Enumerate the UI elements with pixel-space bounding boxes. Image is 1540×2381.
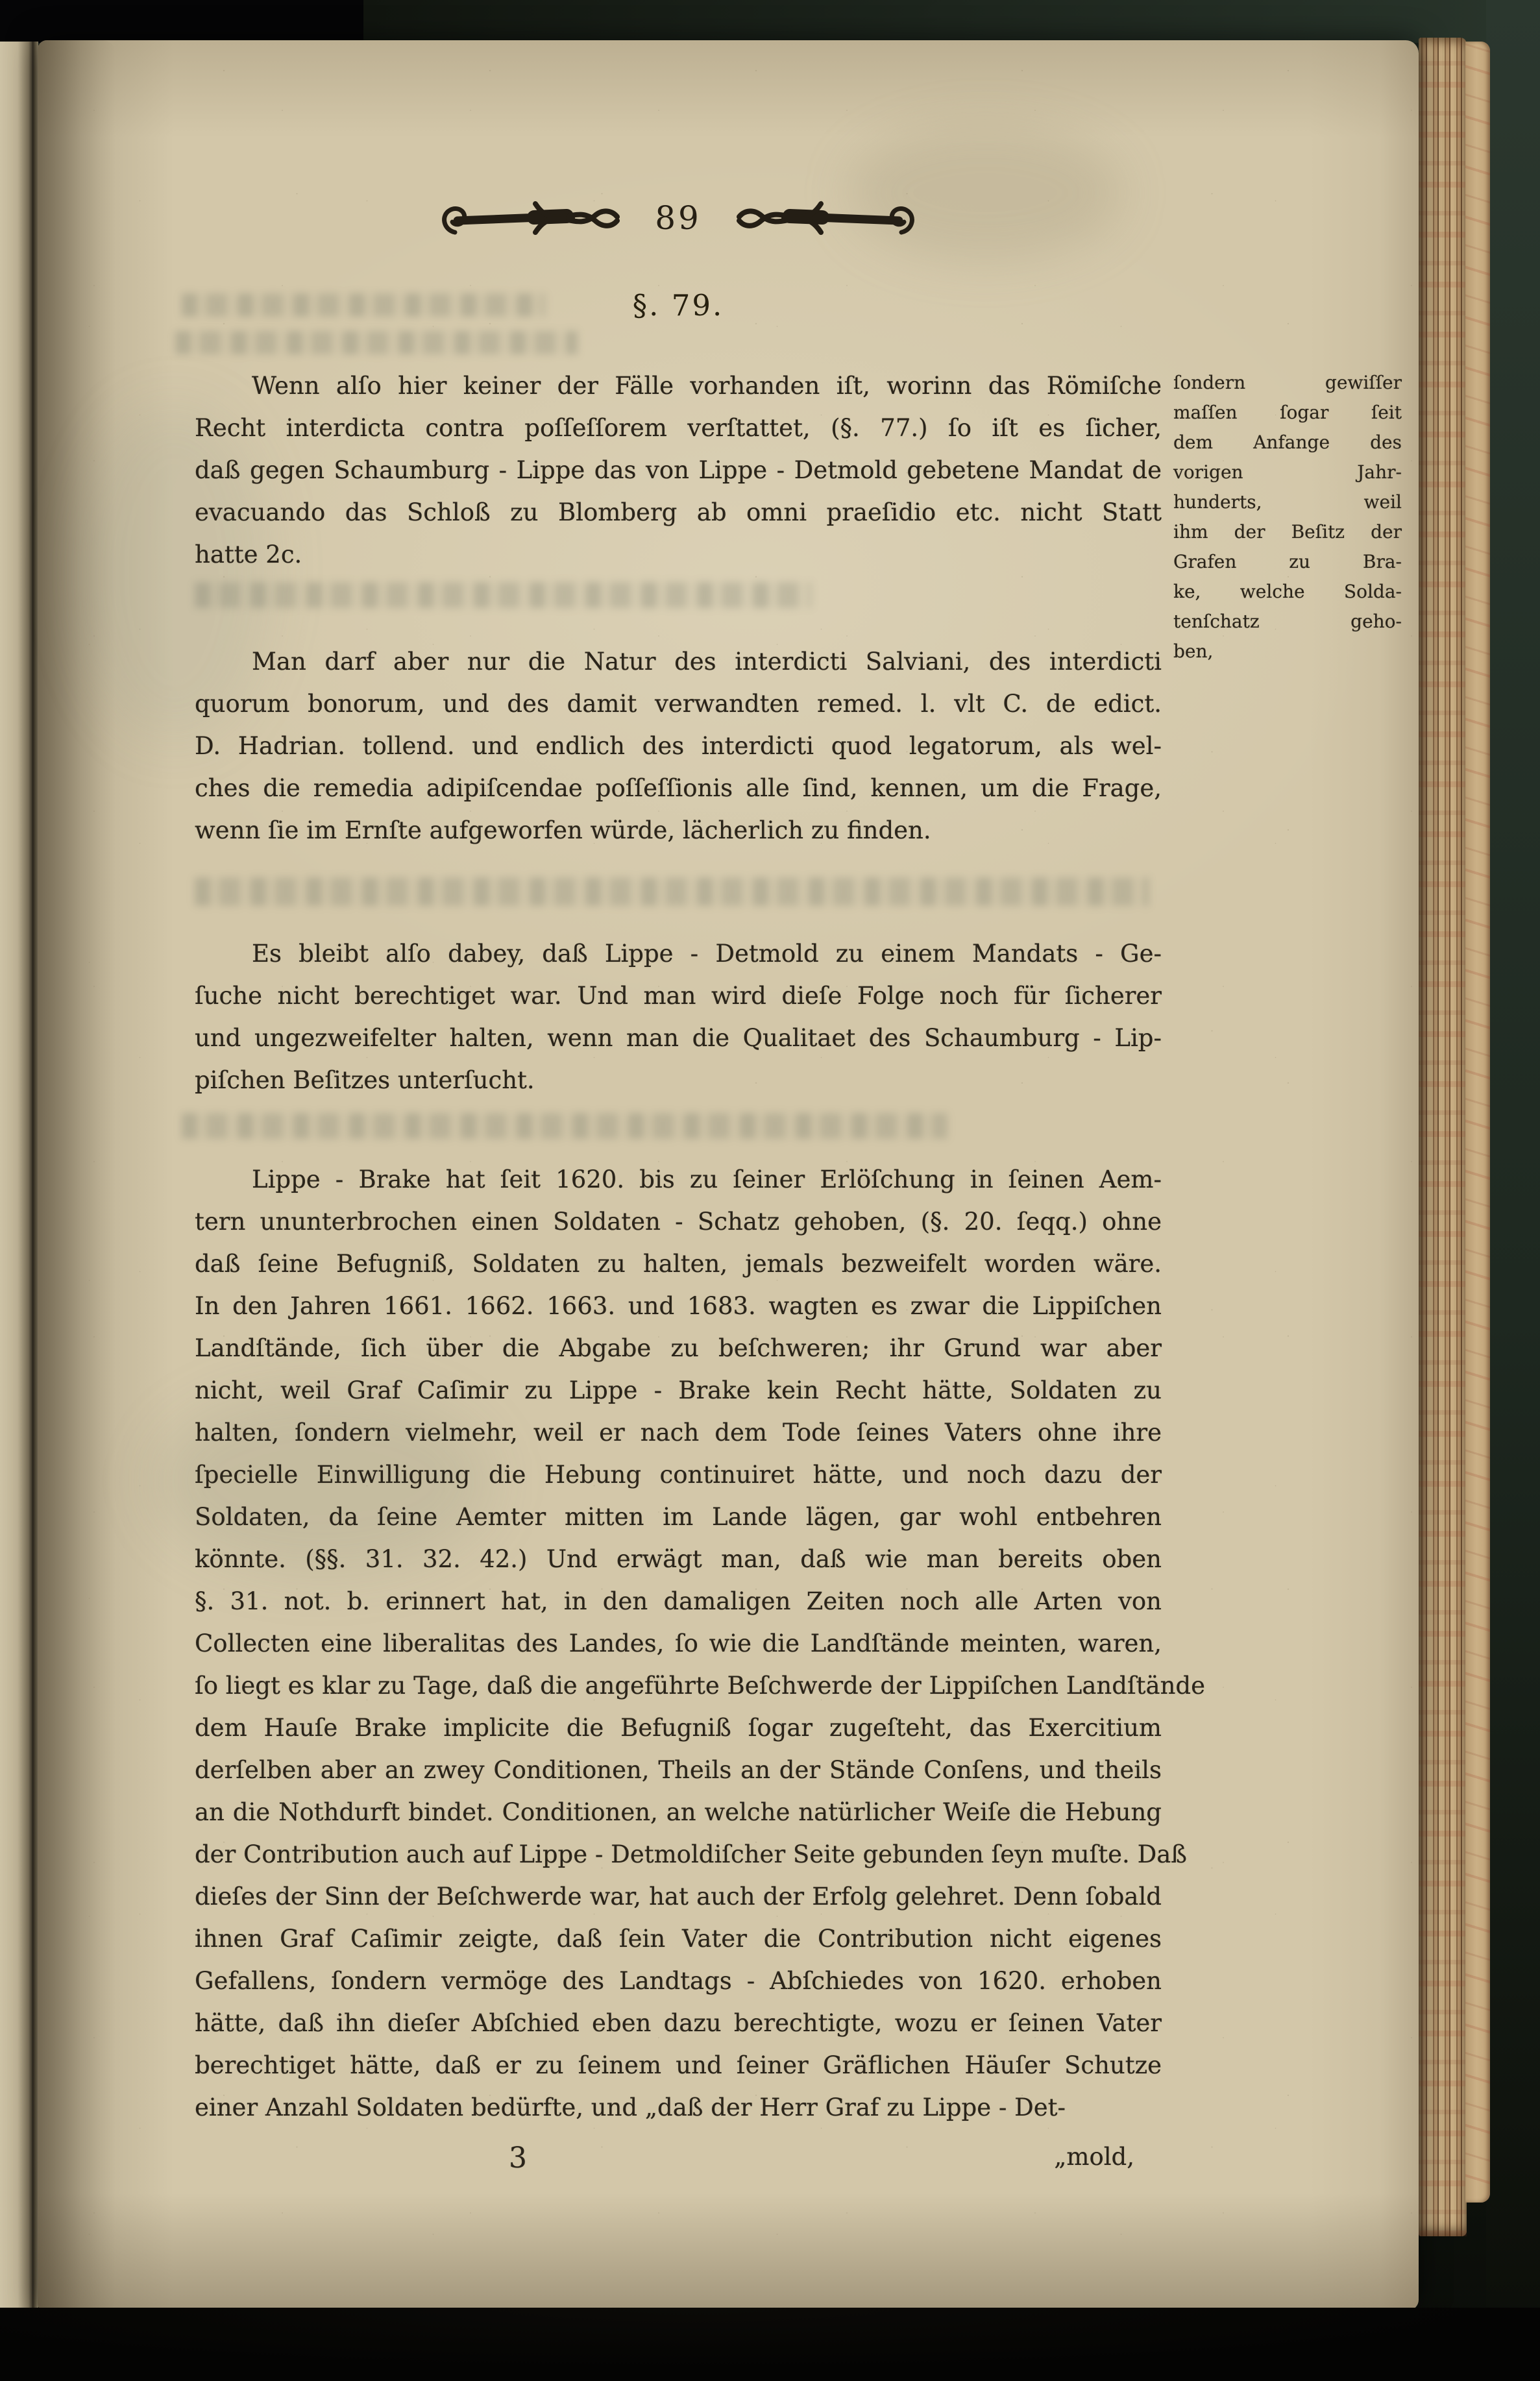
facing-page-sliver (0, 42, 32, 2308)
text-line: evacuando das Schloß zu Blomberg ab omni… (195, 491, 1162, 533)
margin-note-line: tenſchatz geho- (1173, 607, 1402, 637)
backdrop-right (1486, 0, 1540, 2381)
page-header: 89 (195, 193, 1162, 248)
text-line: tern ununterbrochen einen Soldaten - Sch… (195, 1201, 1162, 1243)
book-fore-edge-pages (1419, 38, 1467, 2236)
text-line: Gefallens, ſondern vermöge des Landtags … (195, 1960, 1162, 2002)
text-line: ſpecielle Einwilligung die Hebung contin… (195, 1454, 1162, 1496)
text-line: dem Hauſe Brake implicite die Befugniß ſ… (195, 1707, 1162, 1749)
ink-show-through (175, 331, 578, 354)
marginal-note: ſondern gewiſſermaſſen ſogar ſeitdem Anf… (1173, 368, 1402, 666)
backdrop-bottom (0, 2308, 1540, 2381)
margin-note-line: Grafen zu Bra- (1173, 547, 1402, 577)
text-line: wenn ſie im Ernſte aufgeworfen würde, lä… (195, 809, 1162, 851)
text-line: Man darf aber nur die Natur des interdic… (195, 641, 1162, 683)
scanned-book-photo: 89 §. 79. Wenn alſo hier keiner der Fäll… (0, 0, 1540, 2381)
text-line: halten, ſondern vielmehr, weil er nach d… (195, 1411, 1162, 1454)
text-line: D. Hadrian. tollend. und endlich des int… (195, 725, 1162, 767)
text-line: ches die remedia adipiſcendae poſſeſſion… (195, 767, 1162, 809)
paragraph-4: Lippe - Brake hat ſeit 1620. bis zu ſein… (195, 1158, 1162, 2129)
text-line: an die Nothdurft bindet. Conditionen, an… (195, 1791, 1162, 1833)
text-line: dieſes der Sinn der Beſchwerde war, hat … (195, 1875, 1162, 1918)
ink-show-through (182, 1113, 947, 1139)
text-line: ſo liegt es klar zu Tage, daß die angefü… (195, 1665, 1162, 1707)
text-line: hätte, daß ihn dieſer Abſchied eben dazu… (195, 2002, 1162, 2044)
text-line: hatte 2c. (195, 533, 1162, 576)
book-fore-edge-outer-sheet (1465, 42, 1490, 2203)
text-line: der Contribution auch auf Lippe - Detmol… (195, 1833, 1162, 1875)
ink-show-through (195, 877, 1149, 906)
catchword: „mold, (966, 2143, 1134, 2171)
text-line: Landſtände, ſich über die Abgabe zu beſc… (195, 1327, 1162, 1369)
backdrop-top-right (363, 0, 1540, 43)
text-line: einer Anzahl Soldaten bedürfte, und „daß… (195, 2086, 1162, 2129)
text-line: Lippe - Brake hat ſeit 1620. bis zu ſein… (195, 1158, 1162, 1201)
margin-note-line: maſſen ſogar ſeit (1173, 398, 1402, 428)
paragraph-3: Es bleibt alſo dabey, daß Lippe - Detmol… (195, 933, 1162, 1101)
text-line: Wenn alſo hier keiner der Fälle vorhande… (195, 365, 1162, 407)
ink-show-through (195, 582, 811, 608)
text-line: ihnen Graf Caſimir zeigte, daß ſein Vate… (195, 1918, 1162, 1960)
margin-note-line: ben, (1173, 637, 1402, 666)
text-line: quorum bonorum, und des damit verwandten… (195, 683, 1162, 725)
signature-mark: 3 (466, 2142, 570, 2175)
backdrop-top-left (0, 0, 363, 43)
paragraph-2: Man darf aber nur die Natur des interdic… (195, 641, 1162, 851)
section-heading: §. 79. (195, 288, 1162, 323)
text-line: Recht interdicta contra poſſeſſorem verſ… (195, 407, 1162, 449)
text-line: und ungezweifelter halten, wenn man die … (195, 1017, 1162, 1059)
text-line: piſchen Beſitzes unterſucht. (195, 1059, 1162, 1101)
text-line: nicht, weil Graf Caſimir zu Lippe - Brak… (195, 1369, 1162, 1411)
text-line: daß ſeine Befugniß, Soldaten zu halten, … (195, 1243, 1162, 1285)
gutter-shadow (38, 40, 116, 2310)
margin-note-line: hunderts, weil (1173, 487, 1402, 517)
text-line: berechtiget hätte, daß er zu ſeinem und … (195, 2044, 1162, 2086)
book-page: 89 §. 79. Wenn alſo hier keiner der Fäll… (38, 40, 1419, 2310)
printers-flourish-icon (438, 200, 633, 241)
text-line: Es bleibt alſo dabey, daß Lippe - Detmol… (195, 933, 1162, 975)
text-line: könnte. (§§. 31. 32. 42.) Und erwägt man… (195, 1538, 1162, 1580)
text-line: ſuche nicht berechtiget war. Und man wir… (195, 975, 1162, 1017)
text-line: In den Jahren 1661. 1662. 1663. und 1683… (195, 1285, 1162, 1327)
printers-flourish-icon (724, 200, 918, 241)
page-number: 89 (655, 199, 702, 237)
margin-note-line: ke, welche Solda- (1173, 577, 1402, 607)
margin-note-line: dem Anfange des (1173, 428, 1402, 458)
text-line: derſelben aber an zwey Conditionen, Thei… (195, 1749, 1162, 1791)
text-line: Collecten eine liberalitas des Landes, ſ… (195, 1622, 1162, 1665)
margin-note-line: vorigen Jahr- (1173, 458, 1402, 487)
paragraph-1: Wenn alſo hier keiner der Fälle vorhande… (195, 365, 1162, 576)
margin-note-line: ſondern gewiſſer (1173, 368, 1402, 398)
text-line: §. 31. not. b. erinnert hat, in den dama… (195, 1580, 1162, 1622)
margin-note-line: ihm der Beſitz der (1173, 517, 1402, 547)
text-line: daß gegen Schaumburg - Lippe das von Lip… (195, 449, 1162, 491)
text-line: Soldaten, da ſeine Aemter mitten im Land… (195, 1496, 1162, 1538)
